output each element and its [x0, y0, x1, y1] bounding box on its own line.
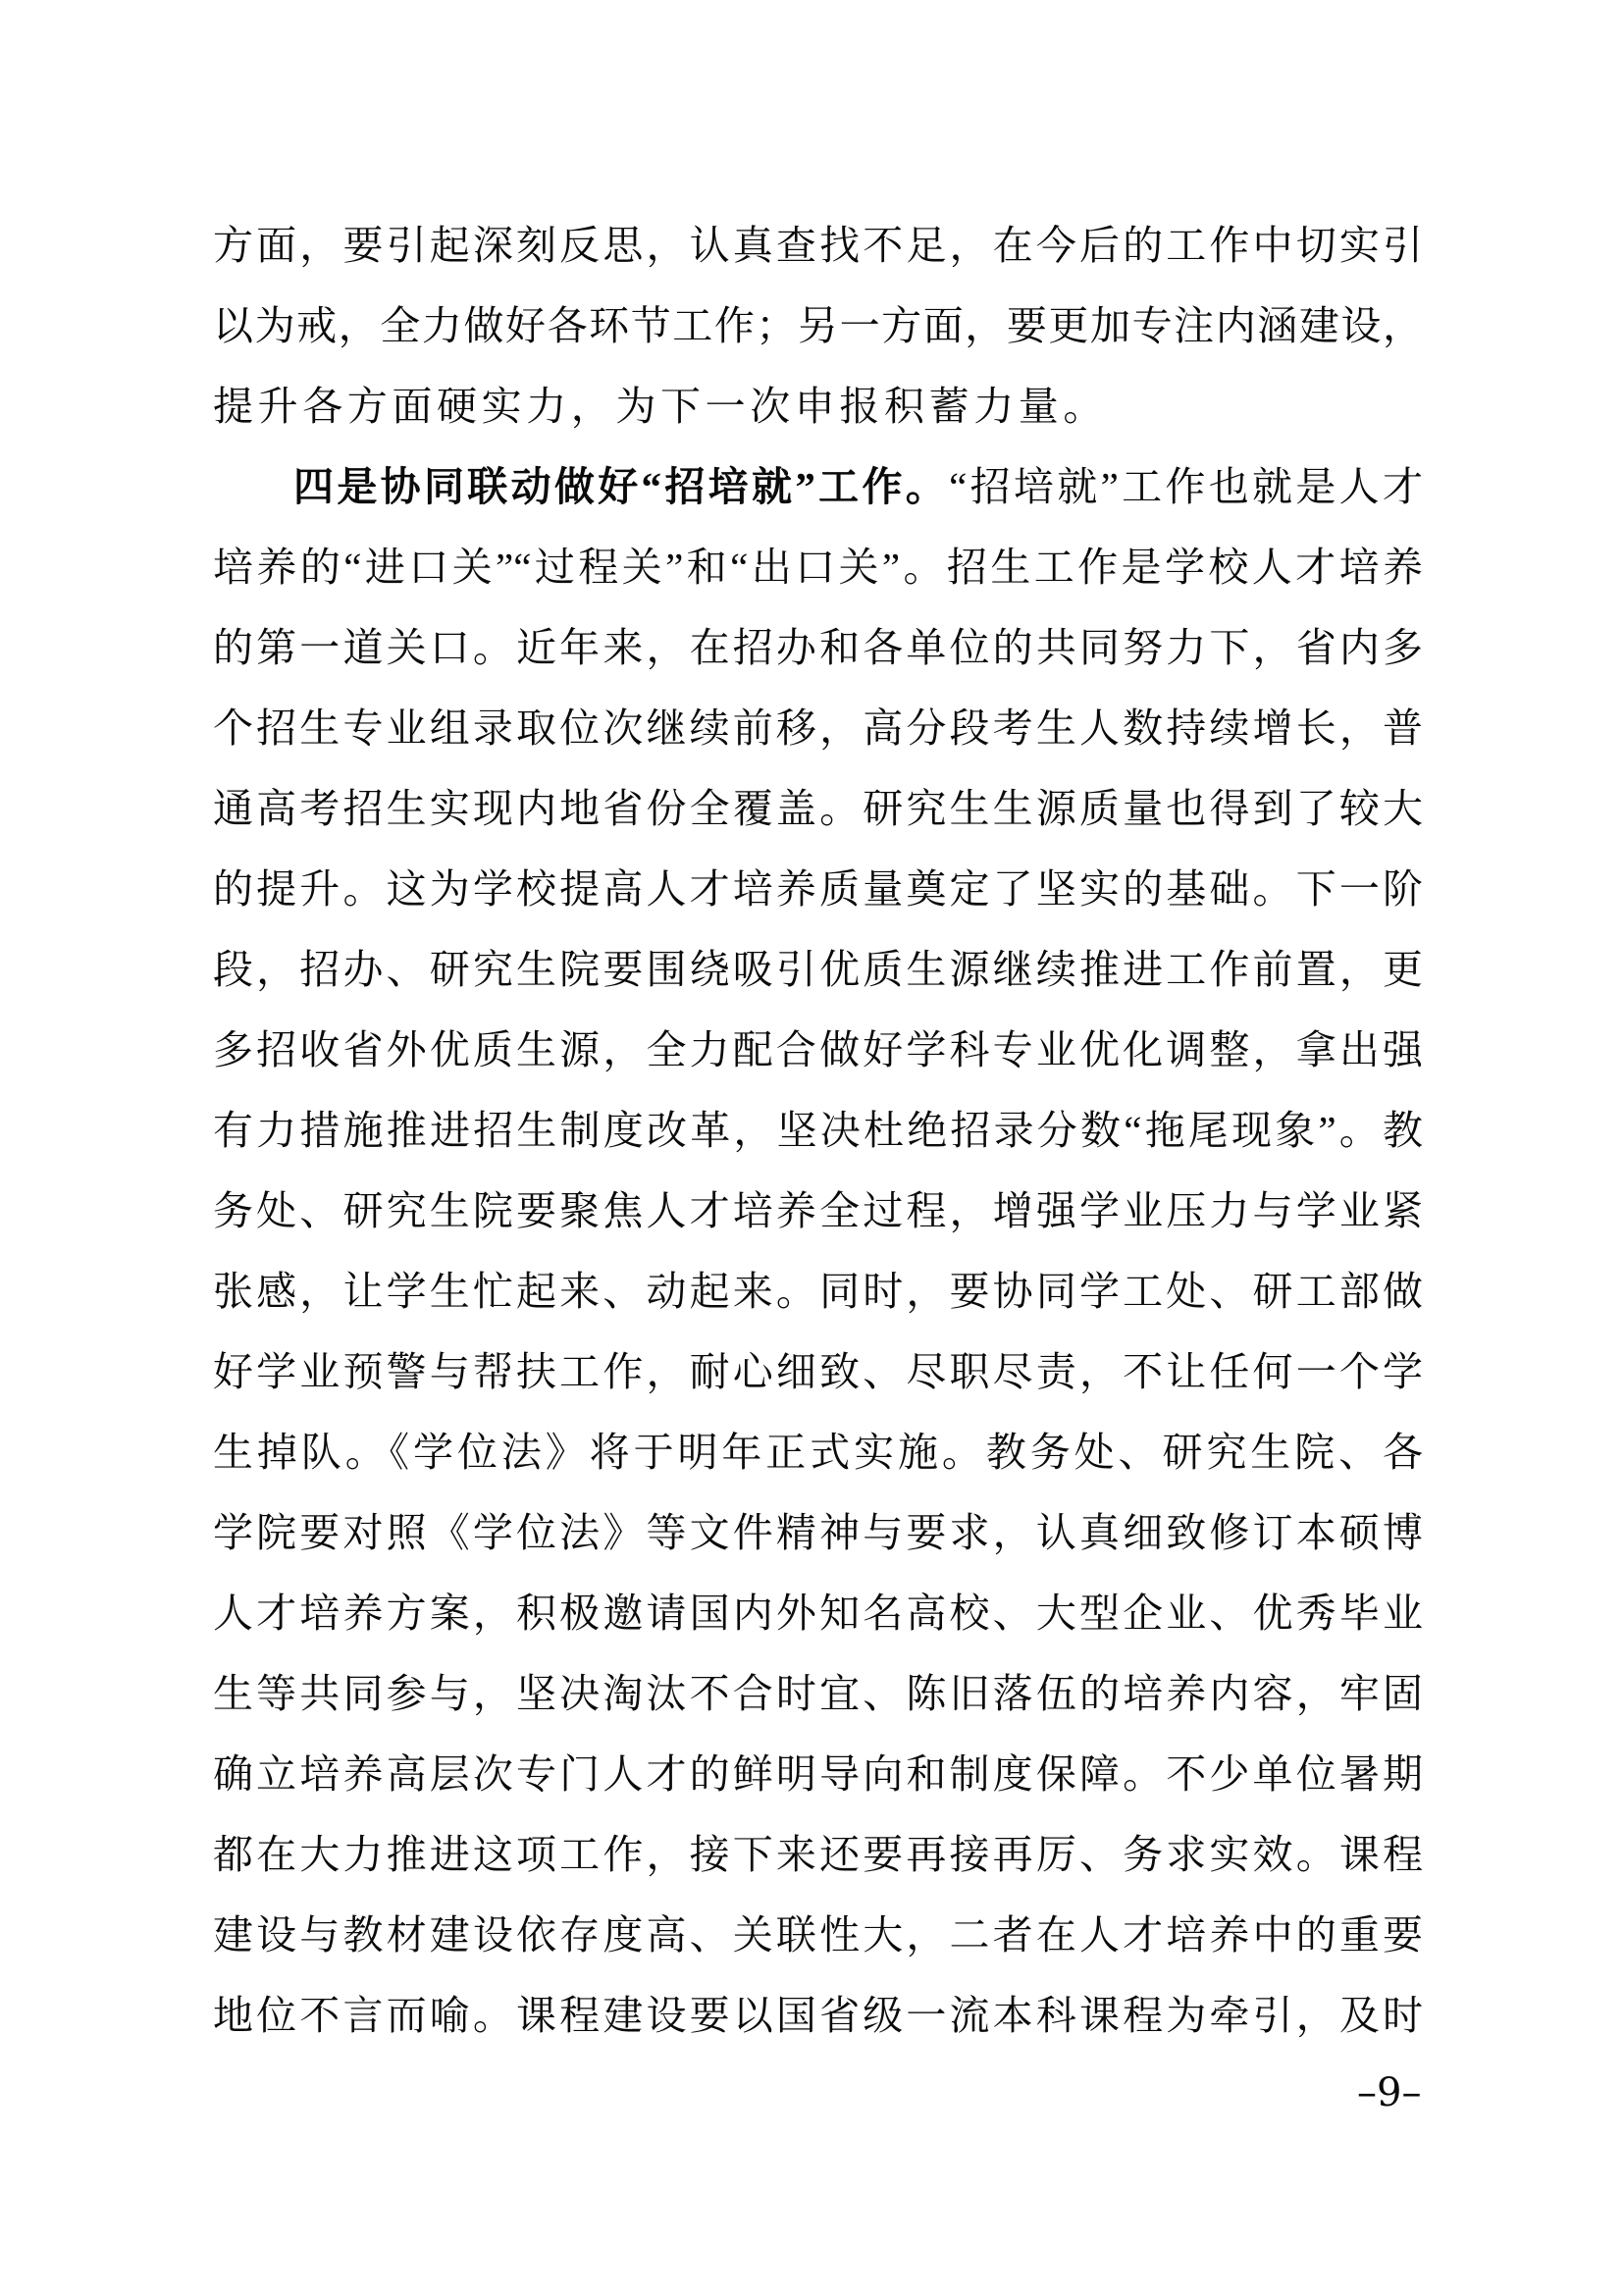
text-line-8: 通高考招生实现内地省份全覆盖。研究生生源质量也得到了较大	[213, 768, 1423, 849]
text-line-16: 生掉队。《学位法》将于明年正式实施。教务处、研究生院、各	[213, 1412, 1423, 1492]
text-line-18: 人才培养方案，积极邀请国内外知名高校、大型企业、优秀毕业	[213, 1573, 1423, 1653]
text-line-19: 生等共同参与，坚决淘汰不合时宜、陈旧落伍的培养内容，牢固	[213, 1653, 1423, 1734]
text-line-23: 地位不言而喻。课程建设要以国省级一流本科课程为牵引，及时	[213, 1975, 1423, 2056]
text-line-21: 都在大力推进这项工作，接下来还要再接再厉、务求实效。课程	[213, 1814, 1423, 1895]
text-line-3: 提升各方面硬实力，为下一次申报积蓄力量。	[213, 366, 1423, 446]
text-line-5: 培养的“进口关”“过程关”和“出口关”。招生工作是学校人才培养	[213, 527, 1423, 607]
body-text: “招培就”工作也就是人才	[949, 464, 1423, 509]
document-page: { "page": { "number_label": "–9–" }, "do…	[0, 0, 1624, 2296]
page-number: –9–	[1357, 2068, 1421, 2117]
text-line-9: 的提升。这为学校提高人才培养质量奠定了坚实的基础。下一阶	[213, 849, 1423, 929]
text-line-20: 确立培养高层次专门人才的鲜明导向和制度保障。不少单位暑期	[213, 1734, 1423, 1814]
text-line-10: 段，招办、研究生院要围绕吸引优质生源继续推进工作前置，更	[213, 929, 1423, 1010]
text-line-14: 张感，让学生忙起来、动起来。同时，要协同学工处、研工部做	[213, 1251, 1423, 1331]
text-line-17: 学院要对照《学位法》等文件精神与要求，认真细致修订本硕博	[213, 1492, 1423, 1573]
text-line-11: 多招收省外优质生源，全力配合做好学科专业优化调整，拿出强	[213, 1010, 1423, 1090]
text-line-12: 有力措施推进招生制度改革，坚决杜绝招录分数“拖尾现象”。教	[213, 1090, 1423, 1171]
text-line-4: 四是协同联动做好“招培就”工作。“招培就”工作也就是人才	[213, 446, 1423, 527]
text-line-7: 个招生专业组录取位次继续前移，高分段考生人数持续增长，普	[213, 688, 1423, 768]
text-line-6: 的第一道关口。近年来，在招办和各单位的共同努力下，省内多	[213, 607, 1423, 688]
text-line-2: 以为戒，全力做好各环节工作；另一方面，要更加专注内涵建设，	[213, 286, 1423, 366]
text-line-1: 方面，要引起深刻反思，认真查找不足，在今后的工作中切实引	[213, 205, 1423, 286]
text-line-13: 务处、研究生院要聚焦人才培养全过程，增强学业压力与学业紧	[213, 1171, 1423, 1251]
document-body: 方面，要引起深刻反思，认真查找不足，在今后的工作中切实引以为戒，全力做好各环节工…	[213, 205, 1423, 2056]
bold-lead-text: 四是协同联动做好“招培就”工作。	[293, 464, 949, 509]
text-line-15: 好学业预警与帮扶工作，耐心细致、尽职尽责，不让任何一个学	[213, 1331, 1423, 1412]
text-line-22: 建设与教材建设依存度高、关联性大，二者在人才培养中的重要	[213, 1895, 1423, 1975]
